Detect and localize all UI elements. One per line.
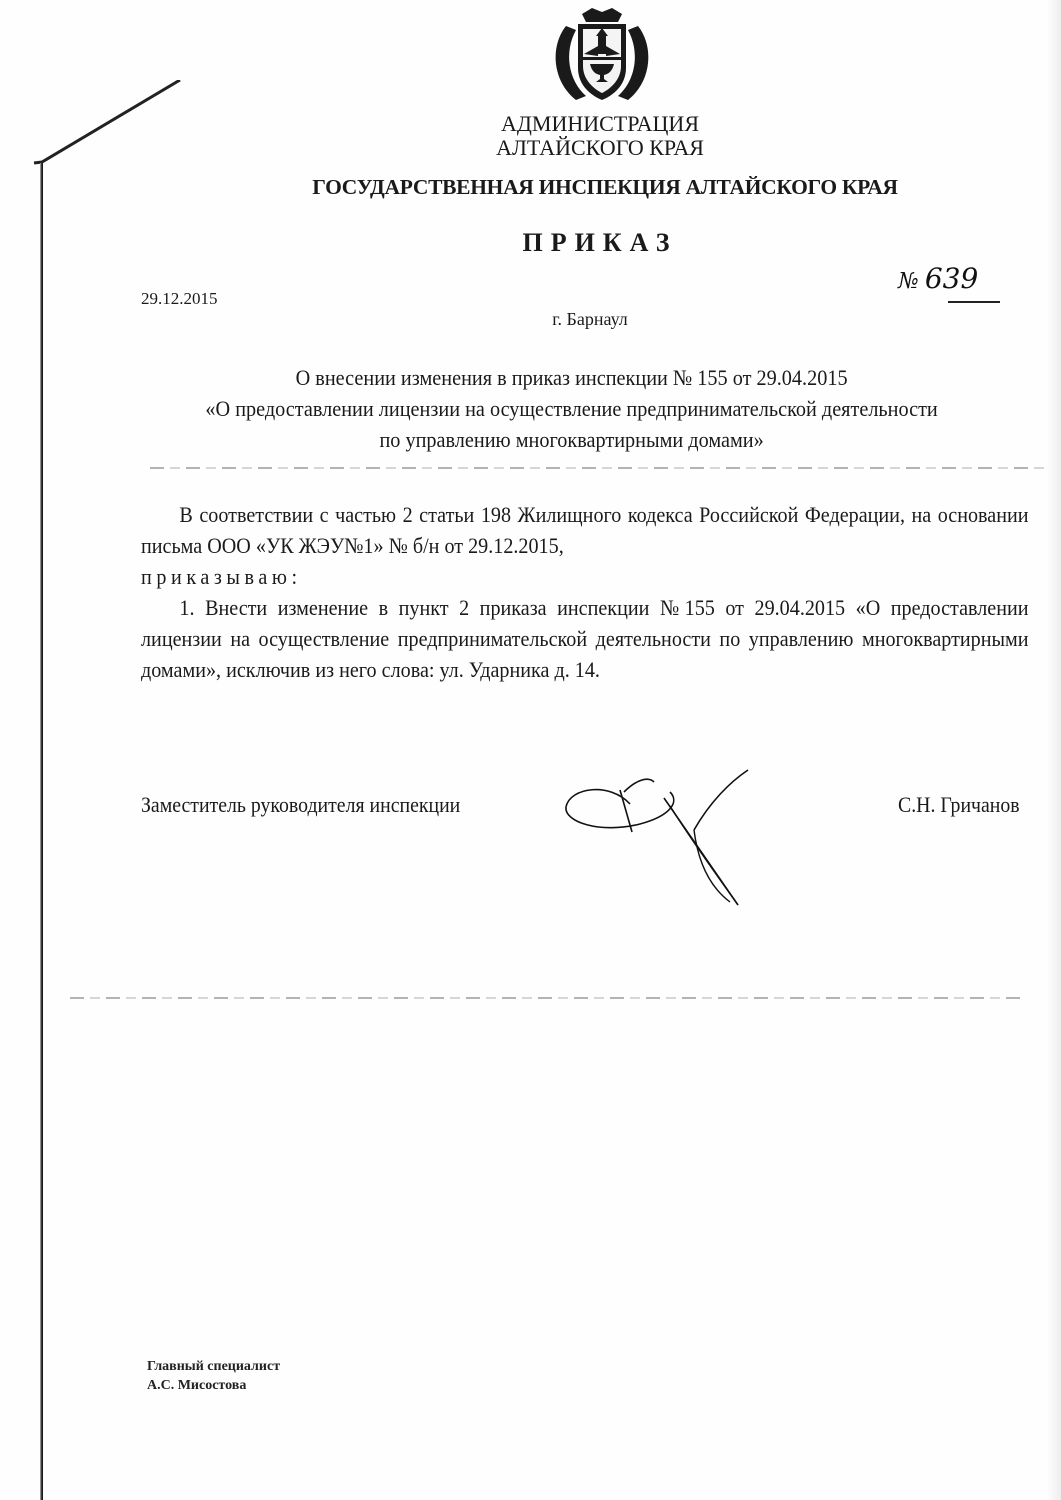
scan-edge-artifact [40,163,43,1500]
document-page: АДМИНИСТРАЦИЯ АЛТАЙСКОГО КРАЯ ГОСУДАРСТВ… [0,0,1061,1500]
coat-of-arms-icon [546,6,658,106]
document-subject: О внесении изменения в приказ инспекции … [130,362,1013,455]
number-underline [948,301,1000,303]
inspection-name: ГОСУДАРСТВЕННАЯ ИНСПЕКЦИЯ АЛТАЙСКОГО КРА… [240,175,970,200]
scan-line-artifact [70,997,1020,999]
scan-line-artifact [150,467,1050,469]
administration-title: АДМИНИСТРАЦИЯ АЛТАЙСКОГО КРАЯ [440,112,760,160]
subject-line: по управлению многоквартирными домами» [130,424,1013,455]
number-sign: № [898,269,919,294]
administration-line: АДМИНИСТРАЦИЯ [440,112,760,136]
preamble-paragraph: В соответствии с частью 2 статьи 198 Жил… [141,499,1029,561]
subject-line: «О предоставлении лицензии на осуществле… [130,393,1013,424]
document-number-handwritten: №639 [898,262,1008,310]
subject-line: О внесении изменения в приказ инспекции … [130,362,1013,393]
order-word: приказываю: [141,561,1029,592]
document-body: В соответствии с частью 2 статьи 198 Жил… [141,499,1029,685]
handwritten-signature [560,762,790,912]
scan-shadow-artifact [1047,0,1061,1500]
document-city: г. Барнаул [490,309,690,330]
signatory-position: Заместитель руководителя инспекции [141,792,460,818]
document-number: 639 [925,262,978,295]
order-item: 1. Внести изменение в пункт 2 приказа ин… [141,592,1029,685]
region-line: АЛТАЙСКОГО КРАЯ [440,136,760,160]
signatory-name: С.Н. Гричанов [898,792,1020,818]
executor-name: А.С. Мисостова [147,1376,280,1395]
executor-title: Главный специалист [147,1357,280,1376]
executor-block: Главный специалист А.С. Мисостова [147,1357,280,1395]
scan-edge-artifact [32,80,182,170]
document-date: 29.12.2015 [141,289,218,309]
document-type-heading: ПРИКАЗ [440,228,760,258]
